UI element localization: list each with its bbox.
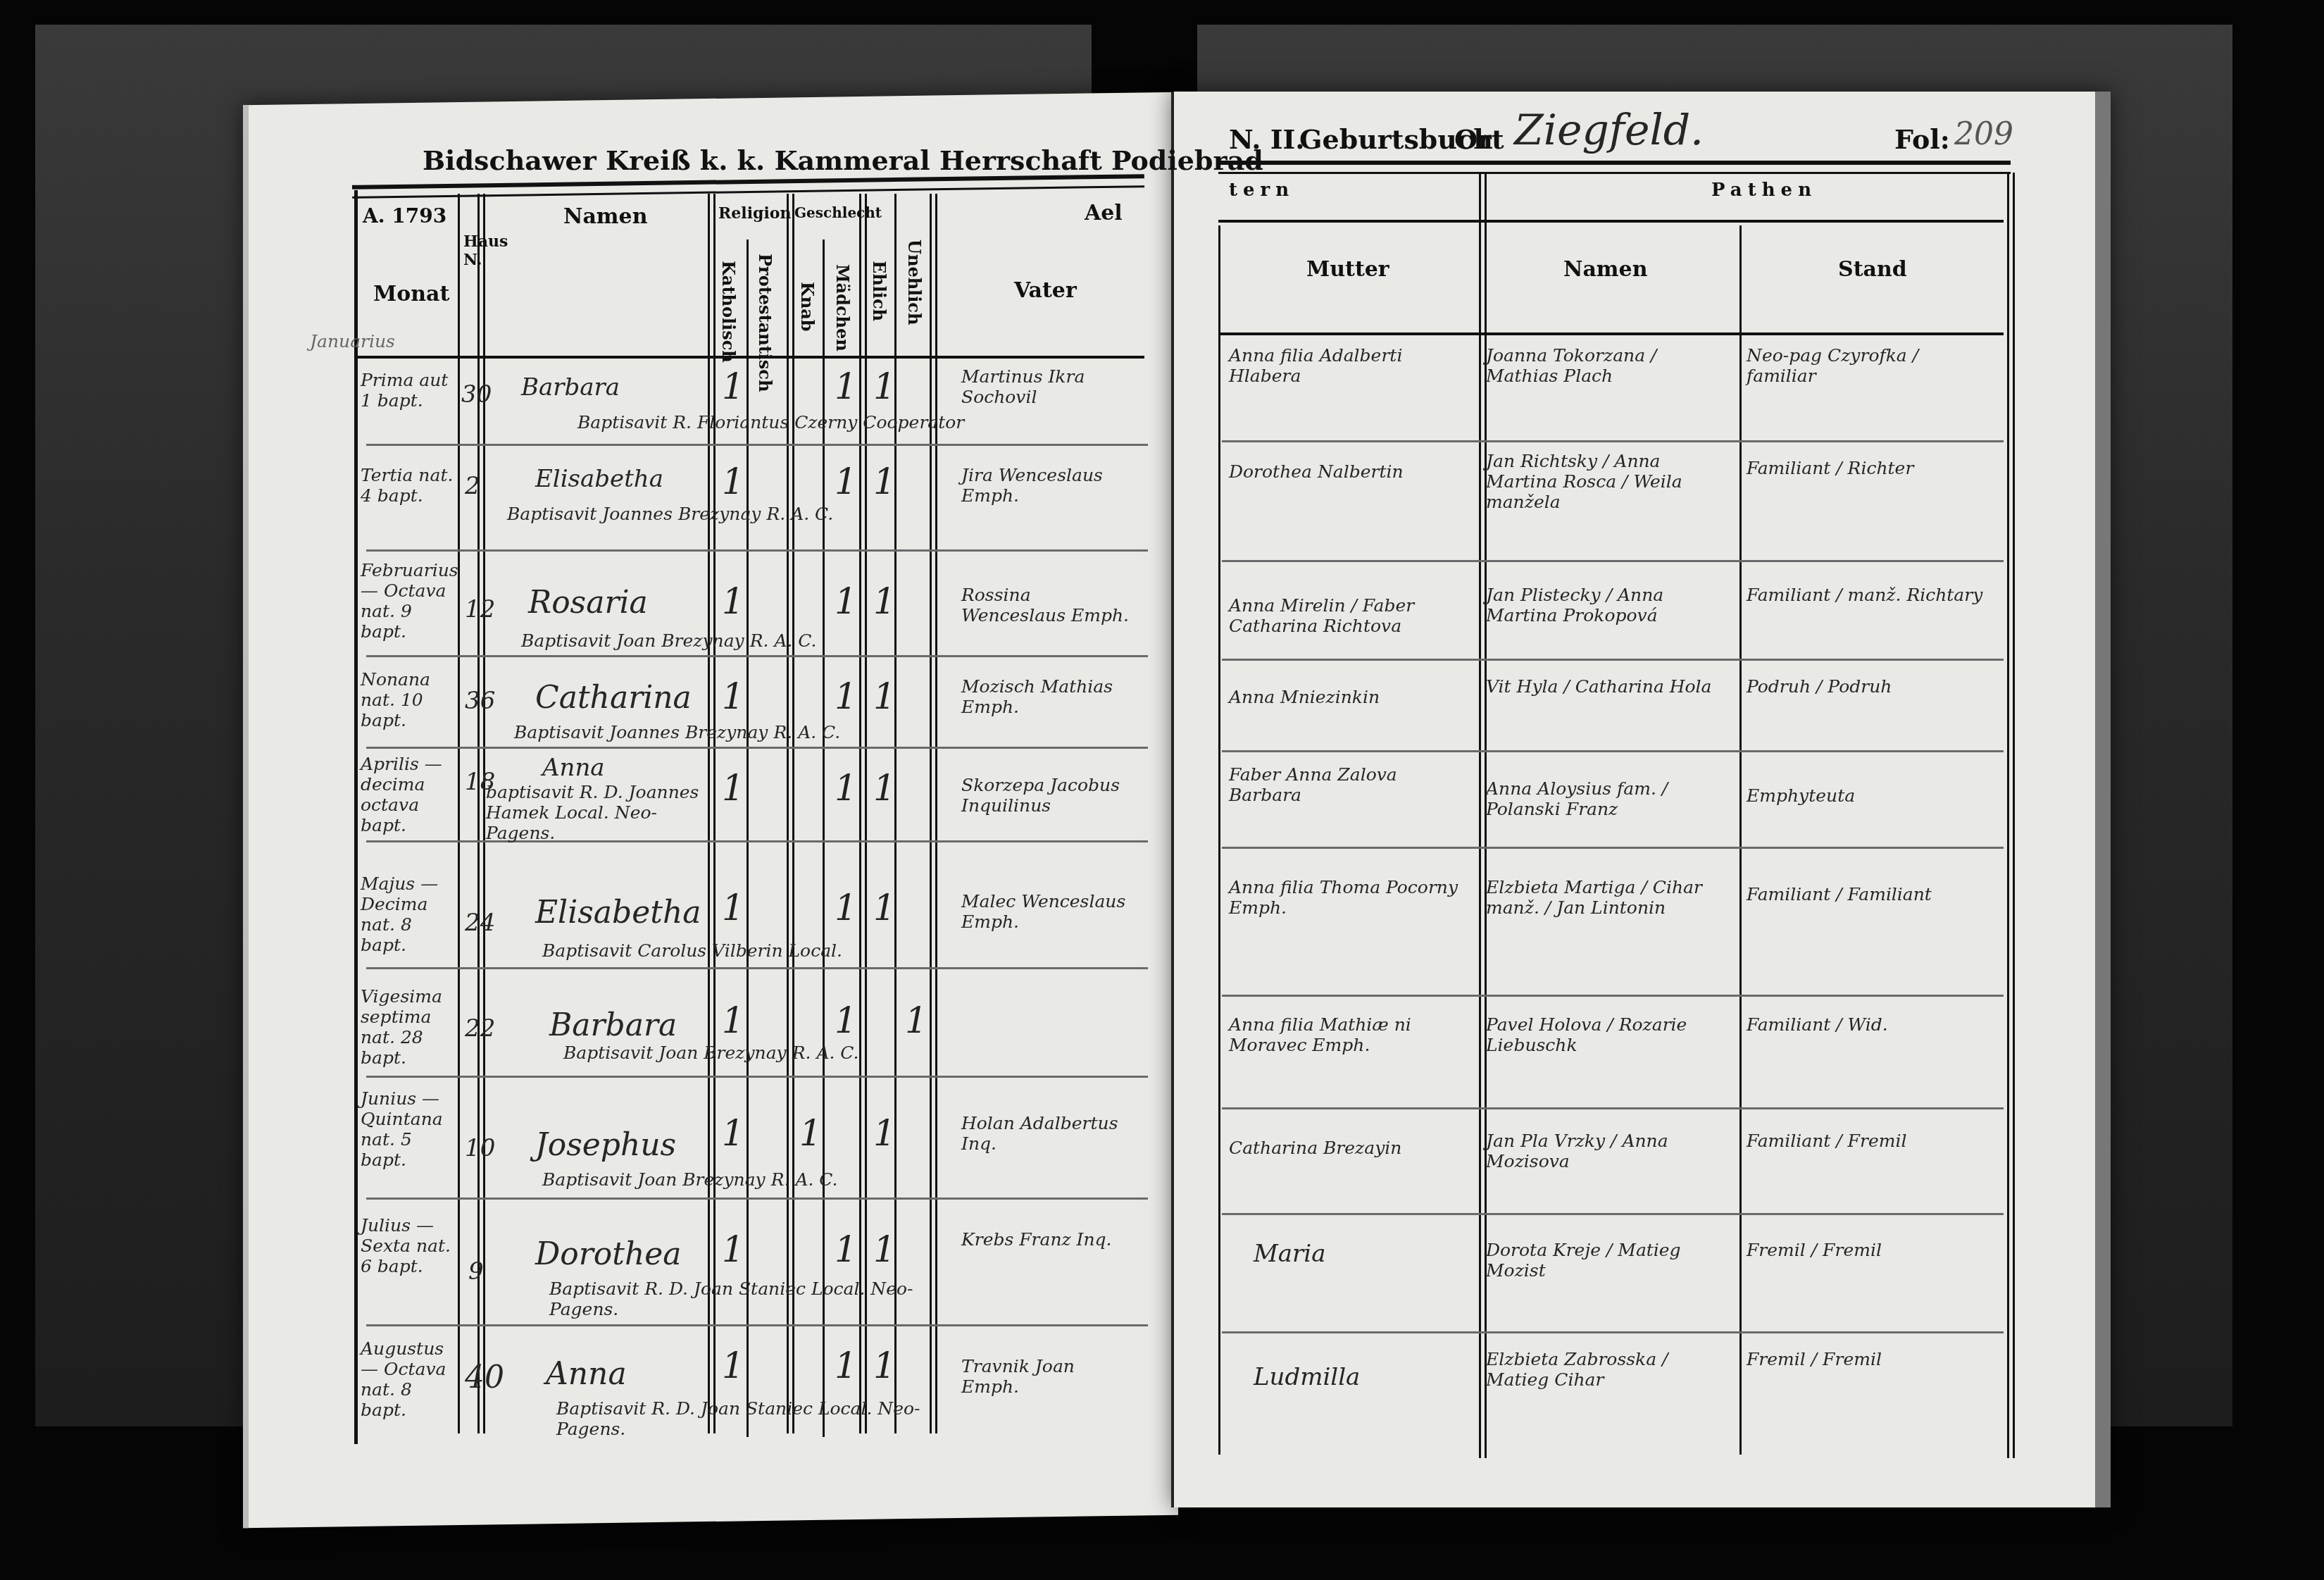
col-header-boy: Knab bbox=[797, 282, 818, 332]
cell-house: 10 bbox=[465, 1134, 495, 1162]
row-separator bbox=[366, 549, 1148, 552]
col-divider bbox=[458, 194, 460, 1433]
place-name: Ziegfeld. bbox=[1514, 106, 1704, 155]
cell-girl: 1 bbox=[835, 581, 857, 622]
row-separator bbox=[366, 1198, 1148, 1200]
cell-house: 2 bbox=[465, 472, 480, 500]
row-separator bbox=[1222, 1107, 2004, 1109]
cell-girl: 1 bbox=[835, 1345, 857, 1386]
col-header-house: Haus N. bbox=[463, 232, 477, 269]
cell-name: Anna bbox=[546, 1356, 627, 1392]
cell-mother: Dorothea Nalbertin bbox=[1229, 461, 1468, 482]
col-header-godparents: Pathen bbox=[1711, 180, 1817, 201]
cell-father: Krebs Franz Inq. bbox=[961, 1229, 1137, 1250]
cell-name: Elisabetha bbox=[535, 465, 663, 493]
col-divider bbox=[930, 194, 937, 1433]
cell-month: Majus — Decima nat. 8 bapt. bbox=[361, 873, 456, 955]
cell-legit: 1 bbox=[873, 1345, 896, 1386]
cell-month: Junius — Quintana nat. 5 bapt. bbox=[361, 1088, 456, 1170]
cell-gp-names: Joanna Tokorzana / Mathias Plach bbox=[1486, 345, 1732, 386]
cell-baptism: Baptisavit R. Floriantus Czerny Cooperat… bbox=[577, 412, 964, 433]
folio-number: 209 bbox=[1954, 116, 2013, 152]
cell-month: Aprilis — decima octava bapt. bbox=[361, 754, 456, 835]
cell-gp-status: Emphyteuta bbox=[1747, 785, 1993, 806]
col-divider bbox=[1739, 225, 1742, 1455]
col-header-month: Monat bbox=[373, 282, 449, 306]
cell-gp-names: Anna Aloysius fam. / Polanski Franz bbox=[1486, 778, 1732, 819]
cell-catholic: 1 bbox=[722, 1345, 744, 1386]
year-label: A. 1793 bbox=[363, 204, 446, 228]
cell-legit: 1 bbox=[873, 1113, 896, 1154]
cell-month: Februarius — Octava nat. 9 bapt. bbox=[361, 560, 456, 642]
cell-name: Josephus bbox=[535, 1127, 676, 1163]
col-divider bbox=[859, 194, 867, 1433]
left-running-header: Bidschawer Kreiß k. k. Kammeral Herrscha… bbox=[423, 144, 1263, 176]
cell-father: Travnik Joan Emph. bbox=[961, 1356, 1137, 1397]
cell-month: Vigesima septima nat. 28 bapt. bbox=[361, 986, 456, 1068]
header-rule bbox=[1218, 220, 2004, 223]
cell-baptism: Baptisavit Joan Brezynay R. A. C. bbox=[521, 630, 817, 651]
row-separator bbox=[1222, 1213, 2004, 1215]
cell-father: Rossina Wenceslaus Emph. bbox=[961, 585, 1137, 626]
cell-catholic: 1 bbox=[722, 768, 744, 809]
col-header-religion: Religion bbox=[718, 204, 791, 223]
col-header-catholic: Katholisch bbox=[718, 261, 739, 363]
cell-gp-names: Jan Richtsky / Anna Martina Rosca / Weil… bbox=[1486, 451, 1732, 512]
cell-legit: 1 bbox=[873, 676, 896, 717]
cell-mother: Ludmilla bbox=[1254, 1363, 1360, 1391]
cell-father: Mozisch Mathias Emph. bbox=[961, 676, 1137, 717]
col-header-illegit: Unehlich bbox=[904, 240, 925, 325]
cell-house: 24 bbox=[465, 909, 495, 937]
cell-legit: 1 bbox=[873, 366, 896, 407]
cell-gp-names: Jan Pla Vrzky / Anna Mozisova bbox=[1486, 1131, 1732, 1171]
cell-name: Rosaria bbox=[528, 585, 648, 621]
col-header-sex: Geschlecht bbox=[794, 204, 882, 221]
cell-month: Nonana nat. 10 bapt. bbox=[361, 669, 456, 730]
cell-mother: Anna filia Adalberti Hlabera bbox=[1229, 345, 1468, 386]
cell-girl: 1 bbox=[835, 888, 857, 928]
cell-mother: Anna Mirelin / Faber Catharina Richtova bbox=[1229, 595, 1468, 636]
register-number: N. II. bbox=[1229, 123, 1305, 155]
cell-house: 12 bbox=[465, 595, 495, 623]
cell-month: Prima aut 1 bapt. bbox=[361, 370, 456, 411]
cell-legit: 1 bbox=[873, 888, 896, 928]
cell-mother: Anna filia Mathiæ ni Moravec Emph. bbox=[1229, 1014, 1468, 1055]
cell-legit: 1 bbox=[873, 581, 896, 622]
header-bottom-rule bbox=[1218, 332, 2004, 335]
cell-catholic: 1 bbox=[722, 676, 744, 717]
col-header-protestant: Protestantisch bbox=[755, 254, 775, 392]
table-border-right bbox=[2007, 173, 2015, 1458]
cell-baptism: Baptisavit Joan Brezynay R. A. C. bbox=[542, 1169, 838, 1190]
cell-gp-status: Familiant / Fremil bbox=[1747, 1131, 1993, 1151]
col-divider bbox=[477, 194, 485, 1433]
cell-girl: 1 bbox=[835, 768, 857, 809]
row-separator bbox=[1222, 750, 2004, 752]
cell-gp-names: Elzbieta Zabrosska / Matieg Cihar bbox=[1486, 1349, 1732, 1390]
cell-gp-status: Fremil / Fremil bbox=[1747, 1240, 1993, 1260]
cell-house: 30 bbox=[461, 380, 492, 409]
right-header-rule bbox=[1218, 161, 2011, 174]
cell-girl: 1 bbox=[835, 366, 857, 407]
cell-baptism: Baptisavit R. D. Joan Staniec Local. Neo… bbox=[556, 1398, 979, 1439]
cell-mother: Faber Anna Zalova Barbara bbox=[1229, 764, 1468, 805]
cell-month: Augustus — Octava nat. 8 bapt. bbox=[361, 1338, 456, 1420]
cell-gp-names: Elzbieta Martiga / Cihar manž. / Jan Lin… bbox=[1486, 877, 1732, 918]
cell-gp-status: Familiant / Familiant bbox=[1747, 884, 1993, 904]
folio-label: Fol: bbox=[1894, 123, 1950, 155]
cell-gp-names: Vit Hyla / Catharina Hola bbox=[1486, 676, 1732, 697]
cell-house: 22 bbox=[465, 1014, 495, 1043]
cell-mother: Anna filia Thoma Pocorny Emph. bbox=[1229, 877, 1468, 918]
cell-father: Martinus Ikra Sochovil bbox=[961, 366, 1137, 407]
col-header-parents-left: Ael bbox=[1085, 201, 1123, 225]
cell-name: Catharina bbox=[535, 680, 692, 716]
header-bottom-rule bbox=[356, 356, 1144, 359]
place-label: Ort bbox=[1454, 123, 1504, 155]
cell-gp-status: Familiant / Richter bbox=[1747, 458, 1993, 478]
cell-name: Elisabetha bbox=[535, 895, 701, 931]
cell-girl: 1 bbox=[835, 676, 857, 717]
col-divider bbox=[1218, 225, 1220, 1455]
cell-name: Dorothea bbox=[535, 1236, 682, 1272]
cell-mother: Anna Mniezinkin bbox=[1229, 687, 1468, 707]
margin-note: Januarius bbox=[310, 331, 395, 352]
cell-baptism: Baptisavit Joan Brezynay R. A. C. bbox=[563, 1043, 859, 1063]
cell-baptism: Baptisavit R. D. Joan Staniec Local. Neo… bbox=[549, 1279, 972, 1319]
cell-gp-status: Familiant / manž. Richtary bbox=[1747, 585, 1993, 605]
row-separator bbox=[366, 967, 1148, 969]
row-separator bbox=[1222, 995, 2004, 997]
cell-catholic: 1 bbox=[722, 888, 744, 928]
cell-name: Anna bbox=[542, 754, 605, 782]
cell-boy: 1 bbox=[799, 1113, 822, 1154]
cell-legit: 1 bbox=[873, 768, 896, 809]
cell-month: Tertia nat. 4 bapt. bbox=[361, 465, 456, 506]
book-spine bbox=[1171, 92, 1174, 1507]
cell-legit: 1 bbox=[873, 461, 896, 502]
cell-gp-status: Podruh / Podruh bbox=[1747, 676, 1993, 697]
row-separator bbox=[366, 747, 1148, 749]
cell-house: 40 bbox=[465, 1360, 504, 1395]
cell-house: 36 bbox=[465, 687, 495, 715]
row-separator bbox=[366, 840, 1148, 842]
row-separator bbox=[1222, 847, 2004, 849]
cell-baptism: Baptisavit Carolus Vilberin Local. bbox=[542, 940, 842, 961]
row-separator bbox=[366, 444, 1148, 446]
col-header-mother: Mutter bbox=[1306, 257, 1389, 282]
cell-catholic: 1 bbox=[722, 461, 744, 502]
cell-legit: 1 bbox=[873, 1229, 896, 1270]
row-separator bbox=[366, 1324, 1148, 1326]
cell-name: Barbara bbox=[521, 373, 620, 402]
cell-gp-status: Familiant / Wid. bbox=[1747, 1014, 1993, 1035]
cell-catholic: 1 bbox=[722, 581, 744, 622]
cell-name: Barbara bbox=[549, 1007, 677, 1043]
cell-father: Holan Adalbertus Inq. bbox=[961, 1113, 1137, 1154]
cell-girl: 1 bbox=[835, 1229, 857, 1270]
cell-girl: 1 bbox=[835, 461, 857, 502]
cell-father: Malec Wenceslaus Emph. bbox=[961, 891, 1137, 932]
cell-month: Julius — Sexta nat. 6 bapt. bbox=[361, 1215, 456, 1276]
cell-catholic: 1 bbox=[722, 1113, 744, 1154]
cell-gp-status: Fremil / Fremil bbox=[1747, 1349, 1993, 1369]
col-header-gp-status: Stand bbox=[1838, 257, 1907, 282]
row-separator bbox=[1222, 659, 2004, 661]
cell-girl: 1 bbox=[835, 1000, 857, 1041]
cell-baptism: baptisavit R. D. Joannes Hamek Local. Ne… bbox=[486, 782, 711, 843]
table-border-left bbox=[354, 190, 358, 1444]
row-separator bbox=[1222, 440, 2004, 442]
col-divider bbox=[787, 194, 794, 1433]
cell-house: 9 bbox=[468, 1257, 484, 1286]
row-separator bbox=[1222, 560, 2004, 562]
cell-gp-names: Pavel Holova / Rozarie Liebuschk bbox=[1486, 1014, 1732, 1055]
cell-gp-status: Neo-pag Czyrofka / familiar bbox=[1747, 345, 1993, 386]
col-header-legit: Ehlich bbox=[869, 261, 889, 321]
cell-catholic: 1 bbox=[722, 1229, 744, 1270]
row-separator bbox=[366, 1076, 1148, 1078]
col-header-name: Namen bbox=[563, 204, 648, 229]
cell-father: Skorzepa Jacobus Inquilinus bbox=[961, 775, 1137, 816]
cell-catholic: 1 bbox=[722, 1000, 744, 1041]
cell-father: Jira Wenceslaus Emph. bbox=[961, 465, 1137, 506]
cell-legit: 1 bbox=[905, 1000, 927, 1041]
cell-baptism: Baptisavit Joannes Brezynay R. A. C. bbox=[514, 722, 840, 742]
cell-gp-names: Dorota Kreje / Matieg Mozist bbox=[1486, 1240, 1732, 1281]
col-header-gp-names: Namen bbox=[1563, 257, 1648, 282]
cell-mother: Maria bbox=[1254, 1240, 1325, 1268]
row-separator bbox=[1222, 1331, 2004, 1333]
cell-catholic: 1 bbox=[722, 366, 744, 407]
cell-gp-names: Jan Plistecky / Anna Martina Prokopová bbox=[1486, 585, 1732, 626]
cell-mother: Catharina Brezayin bbox=[1229, 1138, 1468, 1158]
col-header-father: Vater bbox=[1014, 278, 1077, 303]
row-separator bbox=[366, 655, 1148, 657]
col-header-girl: Mädchen bbox=[832, 264, 853, 352]
cell-baptism: Baptisavit Joannes Brezynay R. A. C. bbox=[507, 504, 833, 524]
col-header-parents-right: tern bbox=[1229, 180, 1294, 201]
